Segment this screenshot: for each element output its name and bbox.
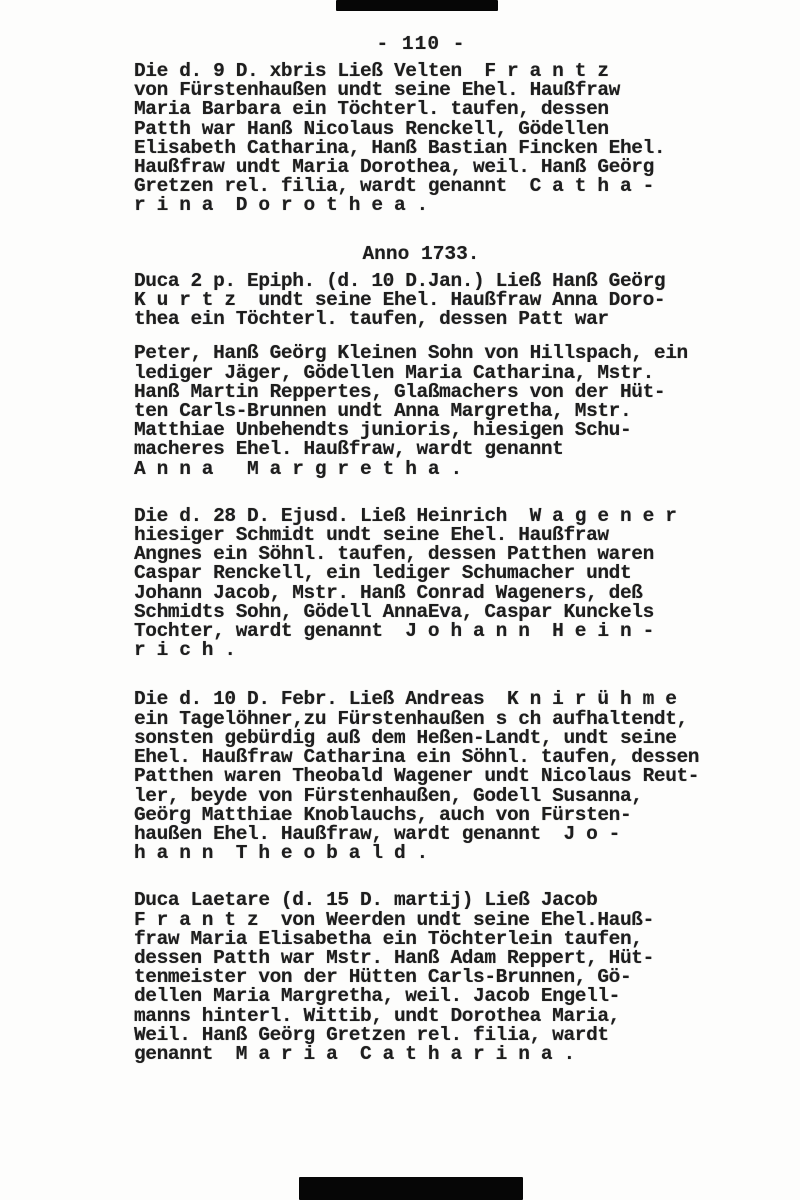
text-line: F r a n t z von Weerden undt seine Ehel.… bbox=[134, 911, 708, 930]
text-column: - 110 - Die d. 9 D. xbris Ließ Velten F … bbox=[134, 35, 708, 1064]
text-line: Caspar Renckell, ein lediger Schumacher … bbox=[134, 564, 708, 583]
text-line: Duca Laetare (d. 15 D. martij) Ließ Jaco… bbox=[134, 891, 708, 910]
text-line: h a n n T h e o b a l d . bbox=[134, 844, 708, 863]
text-line: Die d. 10 D. Febr. Ließ Andreas K n i r … bbox=[134, 690, 708, 709]
text-line: Peter, Hanß Geörg Kleinen Sohn von Hills… bbox=[134, 344, 708, 363]
baptism-entry-paragraph: Die d. 28 D. Ejusd. Ließ Heinrich W a g … bbox=[134, 507, 708, 661]
baptism-entry-paragraph: Peter, Hanß Geörg Kleinen Sohn von Hills… bbox=[134, 344, 708, 478]
text-line: thea ein Töchterl. taufen, dessen Patt w… bbox=[134, 310, 708, 329]
text-line: genannt M a r i a C a t h a r i n a . bbox=[134, 1045, 708, 1064]
page-number: - 110 - bbox=[134, 35, 708, 54]
text-line: manns hinterl. Wittib, undt Dorothea Mar… bbox=[134, 1007, 708, 1026]
text-line: dellen Maria Margretha, weil. Jacob Enge… bbox=[134, 987, 708, 1006]
baptism-entry-paragraph: Die d. 9 D. xbris Ließ Velten F r a n t … bbox=[134, 62, 708, 216]
section-heading-anno: Anno 1733. bbox=[134, 245, 708, 264]
text-line: ein Tagelöhner,zu Fürstenhaußen s ch auf… bbox=[134, 710, 708, 729]
text-line: macheres Ehel. Haußfraw, wardt genannt bbox=[134, 440, 708, 459]
text-line: Patthen waren Theobald Wagener undt Nico… bbox=[134, 767, 708, 786]
baptism-entry-paragraph: Duca 2 p. Epiph. (d. 10 D.Jan.) Ließ Han… bbox=[134, 272, 708, 330]
text-line: lediger Jäger, Gödellen Maria Catharina,… bbox=[134, 364, 708, 383]
text-line: Maria Barbara ein Töchterl. taufen, dess… bbox=[134, 100, 708, 119]
scan-artifact-top bbox=[336, 0, 498, 11]
text-line: r i c h . bbox=[134, 641, 708, 660]
text-line: A n n a M a r g r e t h a . bbox=[134, 460, 708, 479]
text-line: Johann Jacob, Mstr. Hanß Conrad Wageners… bbox=[134, 584, 708, 603]
scan-artifact-bottom bbox=[299, 1177, 523, 1200]
baptism-entry-paragraph: Die d. 10 D. Febr. Ließ Andreas K n i r … bbox=[134, 690, 708, 863]
scanned-document-page: - 110 - Die d. 9 D. xbris Ließ Velten F … bbox=[0, 0, 800, 1200]
baptism-entry-paragraph: Duca Laetare (d. 15 D. martij) Ließ Jaco… bbox=[134, 891, 708, 1064]
text-line: ler, beyde von Fürstenhaußen, Godell Sus… bbox=[134, 787, 708, 806]
text-line: r i n a D o r o t h e a . bbox=[134, 196, 708, 215]
text-line: Patth war Hanß Nicolaus Renckell, Gödell… bbox=[134, 120, 708, 139]
